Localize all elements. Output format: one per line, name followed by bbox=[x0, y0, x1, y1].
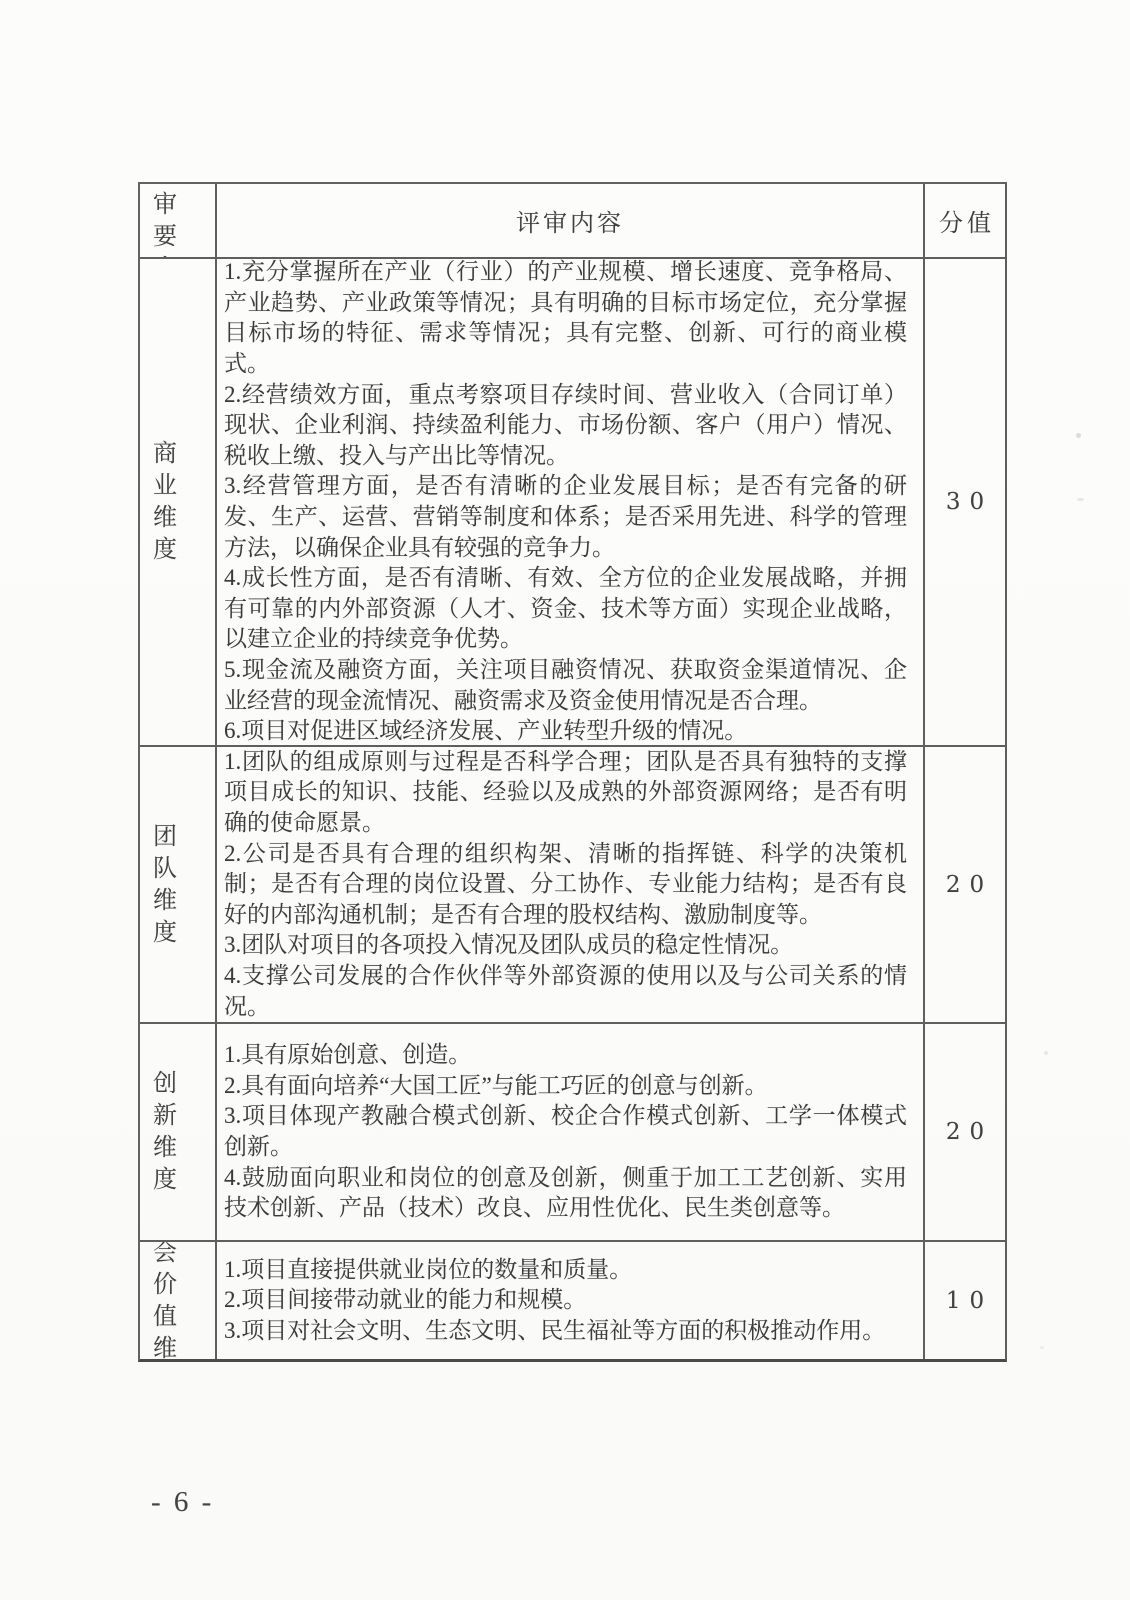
header-score-label: 分值 bbox=[939, 203, 995, 238]
score-cell-team: 20 bbox=[925, 747, 1005, 1024]
criteria-item: 2.具有面向培养“大国工匠”与能工巧匠的创意与创新。 bbox=[224, 1071, 907, 1102]
score-cell-innovation: 20 bbox=[925, 1024, 1005, 1242]
header-cell-content: 评审内容 bbox=[217, 184, 925, 259]
criteria-item: 5.现金流及融资方面，关注项目融资情况、获取资金渠道情况、企业经营的现金流情况、… bbox=[224, 655, 907, 716]
header-criteria-label: 评审要点 bbox=[153, 184, 213, 259]
dimension-label-innovation: 创新维度 bbox=[153, 1068, 213, 1196]
dimension-cell-innovation: 创新维度 bbox=[140, 1024, 217, 1242]
dimension-cell-business: 商业维度 bbox=[140, 259, 217, 747]
criteria-item: 1.团队的组成原则与过程是否科学合理；团队是否具有独特的支撑项目成长的知识、技能… bbox=[224, 747, 907, 839]
dimension-label-team: 团队维度 bbox=[153, 821, 213, 949]
header-cell-criteria: 评审要点 bbox=[140, 184, 217, 259]
criteria-item: 1.充分掌握所在产业（行业）的产业规模、增长速度、竞争格局、产业趋势、产业政策等… bbox=[224, 259, 907, 380]
header-content-label: 评审内容 bbox=[516, 203, 624, 238]
criteria-item: 2.经营绩效方面，重点考察项目存续时间、营业收入（合同订单）现状、企业利润、持续… bbox=[224, 380, 907, 472]
criteria-item: 4.支撑公司发展的合作伙伴等外部资源的使用以及与公司关系的情况。 bbox=[224, 961, 907, 1022]
scan-artifact bbox=[1076, 433, 1081, 438]
score-value-innovation: 20 bbox=[946, 1119, 993, 1145]
dimension-label-social-value: 社会价值维度 bbox=[153, 1242, 213, 1359]
criteria-item: 3.经营管理方面，是否有清晰的企业发展目标；是否有完备的研发、生产、运营、营销等… bbox=[224, 471, 907, 563]
score-cell-business: 30 bbox=[925, 259, 1005, 747]
score-cell-social-value: 10 bbox=[925, 1242, 1005, 1359]
criteria-item: 6.项目对促进区域经济发展、产业转型升级的情况。 bbox=[224, 716, 907, 747]
dimension-cell-social-value: 社会价值维度 bbox=[140, 1242, 217, 1359]
score-value-business: 30 bbox=[946, 489, 993, 515]
criteria-item: 1.项目直接提供就业岗位的数量和质量。 bbox=[224, 1255, 907, 1286]
criteria-item: 3.项目对社会文明、生态文明、民生福祉等方面的积极推动作用。 bbox=[224, 1316, 907, 1347]
criteria-item: 3.项目体现产教融合模式创新、校企合作模式创新、工学一体模式创新。 bbox=[224, 1101, 907, 1162]
score-value-social-value: 10 bbox=[946, 1288, 993, 1314]
criteria-item: 3.团队对项目的各项投入情况及团队成员的稳定性情况。 bbox=[224, 930, 907, 961]
content-cell-team: 1.团队的组成原则与过程是否科学合理；团队是否具有独特的支撑项目成长的知识、技能… bbox=[217, 747, 925, 1024]
content-cell-social-value: 1.项目直接提供就业岗位的数量和质量。 2.项目间接带动就业的能力和规模。 3.… bbox=[217, 1242, 925, 1359]
dimension-label-business: 商业维度 bbox=[153, 438, 213, 566]
criteria-item: 2.公司是否具有合理的组织构架、清晰的指挥链、科学的决策机制；是否有合理的岗位设… bbox=[224, 839, 907, 931]
criteria-item: 4.鼓励面向职业和岗位的创意及创新，侧重于加工工艺创新、实用技术创新、产品（技术… bbox=[224, 1163, 907, 1224]
scan-artifact bbox=[1044, 1051, 1048, 1055]
score-value-team: 20 bbox=[946, 872, 993, 898]
dimension-cell-team: 团队维度 bbox=[140, 747, 217, 1024]
scanned-page: 评审要点 评审内容 分值 商业维度 1.充分掌握所在产业（行业）的产业规模、增长… bbox=[0, 0, 1130, 1600]
header-cell-score: 分值 bbox=[925, 184, 1005, 259]
criteria-item: 1.具有原始创意、创造。 bbox=[224, 1040, 907, 1071]
scan-artifact bbox=[1040, 1346, 1044, 1349]
evaluation-criteria-table: 评审要点 评审内容 分值 商业维度 1.充分掌握所在产业（行业）的产业规模、增长… bbox=[138, 182, 1007, 1362]
criteria-item: 2.项目间接带动就业的能力和规模。 bbox=[224, 1285, 907, 1316]
content-cell-innovation: 1.具有原始创意、创造。 2.具有面向培养“大国工匠”与能工巧匠的创意与创新。 … bbox=[217, 1024, 925, 1242]
scan-artifact bbox=[1077, 498, 1084, 501]
content-cell-business: 1.充分掌握所在产业（行业）的产业规模、增长速度、竞争格局、产业趋势、产业政策等… bbox=[217, 259, 925, 747]
page-number: - 6 - bbox=[151, 1486, 214, 1519]
criteria-item: 4.成长性方面，是否有清晰、有效、全方位的企业发展战略，并拥有可靠的内外部资源（… bbox=[224, 563, 907, 655]
